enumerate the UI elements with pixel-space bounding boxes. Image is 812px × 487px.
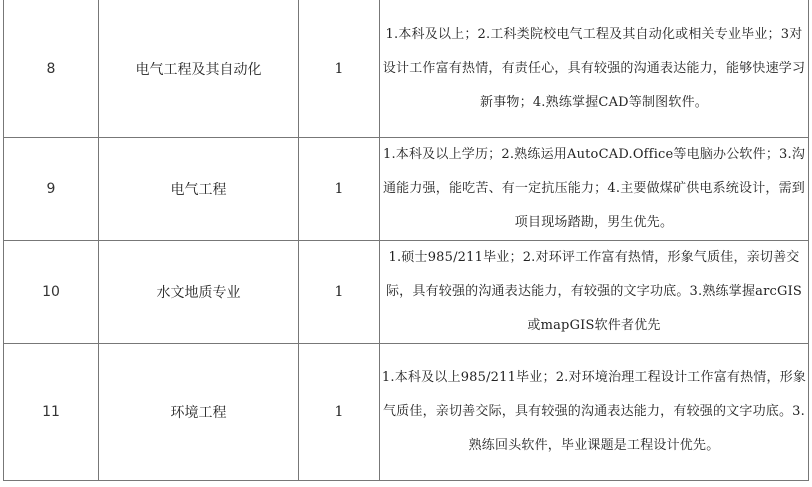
major-name: 水文地质专业 <box>99 241 299 344</box>
headcount: 1 <box>299 138 380 241</box>
requirements-text: 1.本科及以上；2.工科类院校电气工程及其自动化或相关专业毕业；3对设计工作富有… <box>380 0 809 138</box>
headcount: 1 <box>299 241 380 344</box>
table-row: 9 电气工程 1 1.本科及以上学历；2.熟练运用AutoCAD.Office等… <box>4 138 809 241</box>
major-name: 电气工程 <box>99 138 299 241</box>
major-name: 电气工程及其自动化 <box>99 0 299 138</box>
headcount: 1 <box>299 0 380 138</box>
table-row: 10 水文地质专业 1 1.硕士985/211毕业；2.对环评工作富有热情，形象… <box>4 241 809 344</box>
requirements-text: 1.硕士985/211毕业；2.对环评工作富有热情，形象气质佳，亲切善交际，具有… <box>380 241 809 344</box>
row-index: 8 <box>4 0 99 138</box>
row-index: 9 <box>4 138 99 241</box>
job-requirements-table: 8 电气工程及其自动化 1 1.本科及以上；2.工科类院校电气工程及其自动化或相… <box>3 0 809 481</box>
row-index: 10 <box>4 241 99 344</box>
table-row: 11 环境工程 1 1.本科及以上985/211毕业；2.对环境治理工程设计工作… <box>4 344 809 481</box>
major-name: 环境工程 <box>99 344 299 481</box>
table-row: 8 电气工程及其自动化 1 1.本科及以上；2.工科类院校电气工程及其自动化或相… <box>4 0 809 138</box>
row-index: 11 <box>4 344 99 481</box>
requirements-text: 1.本科及以上学历；2.熟练运用AutoCAD.Office等电脑办公软件；3.… <box>380 138 809 241</box>
requirements-text: 1.本科及以上985/211毕业；2.对环境治理工程设计工作富有热情，形象气质佳… <box>380 344 809 481</box>
headcount: 1 <box>299 344 380 481</box>
